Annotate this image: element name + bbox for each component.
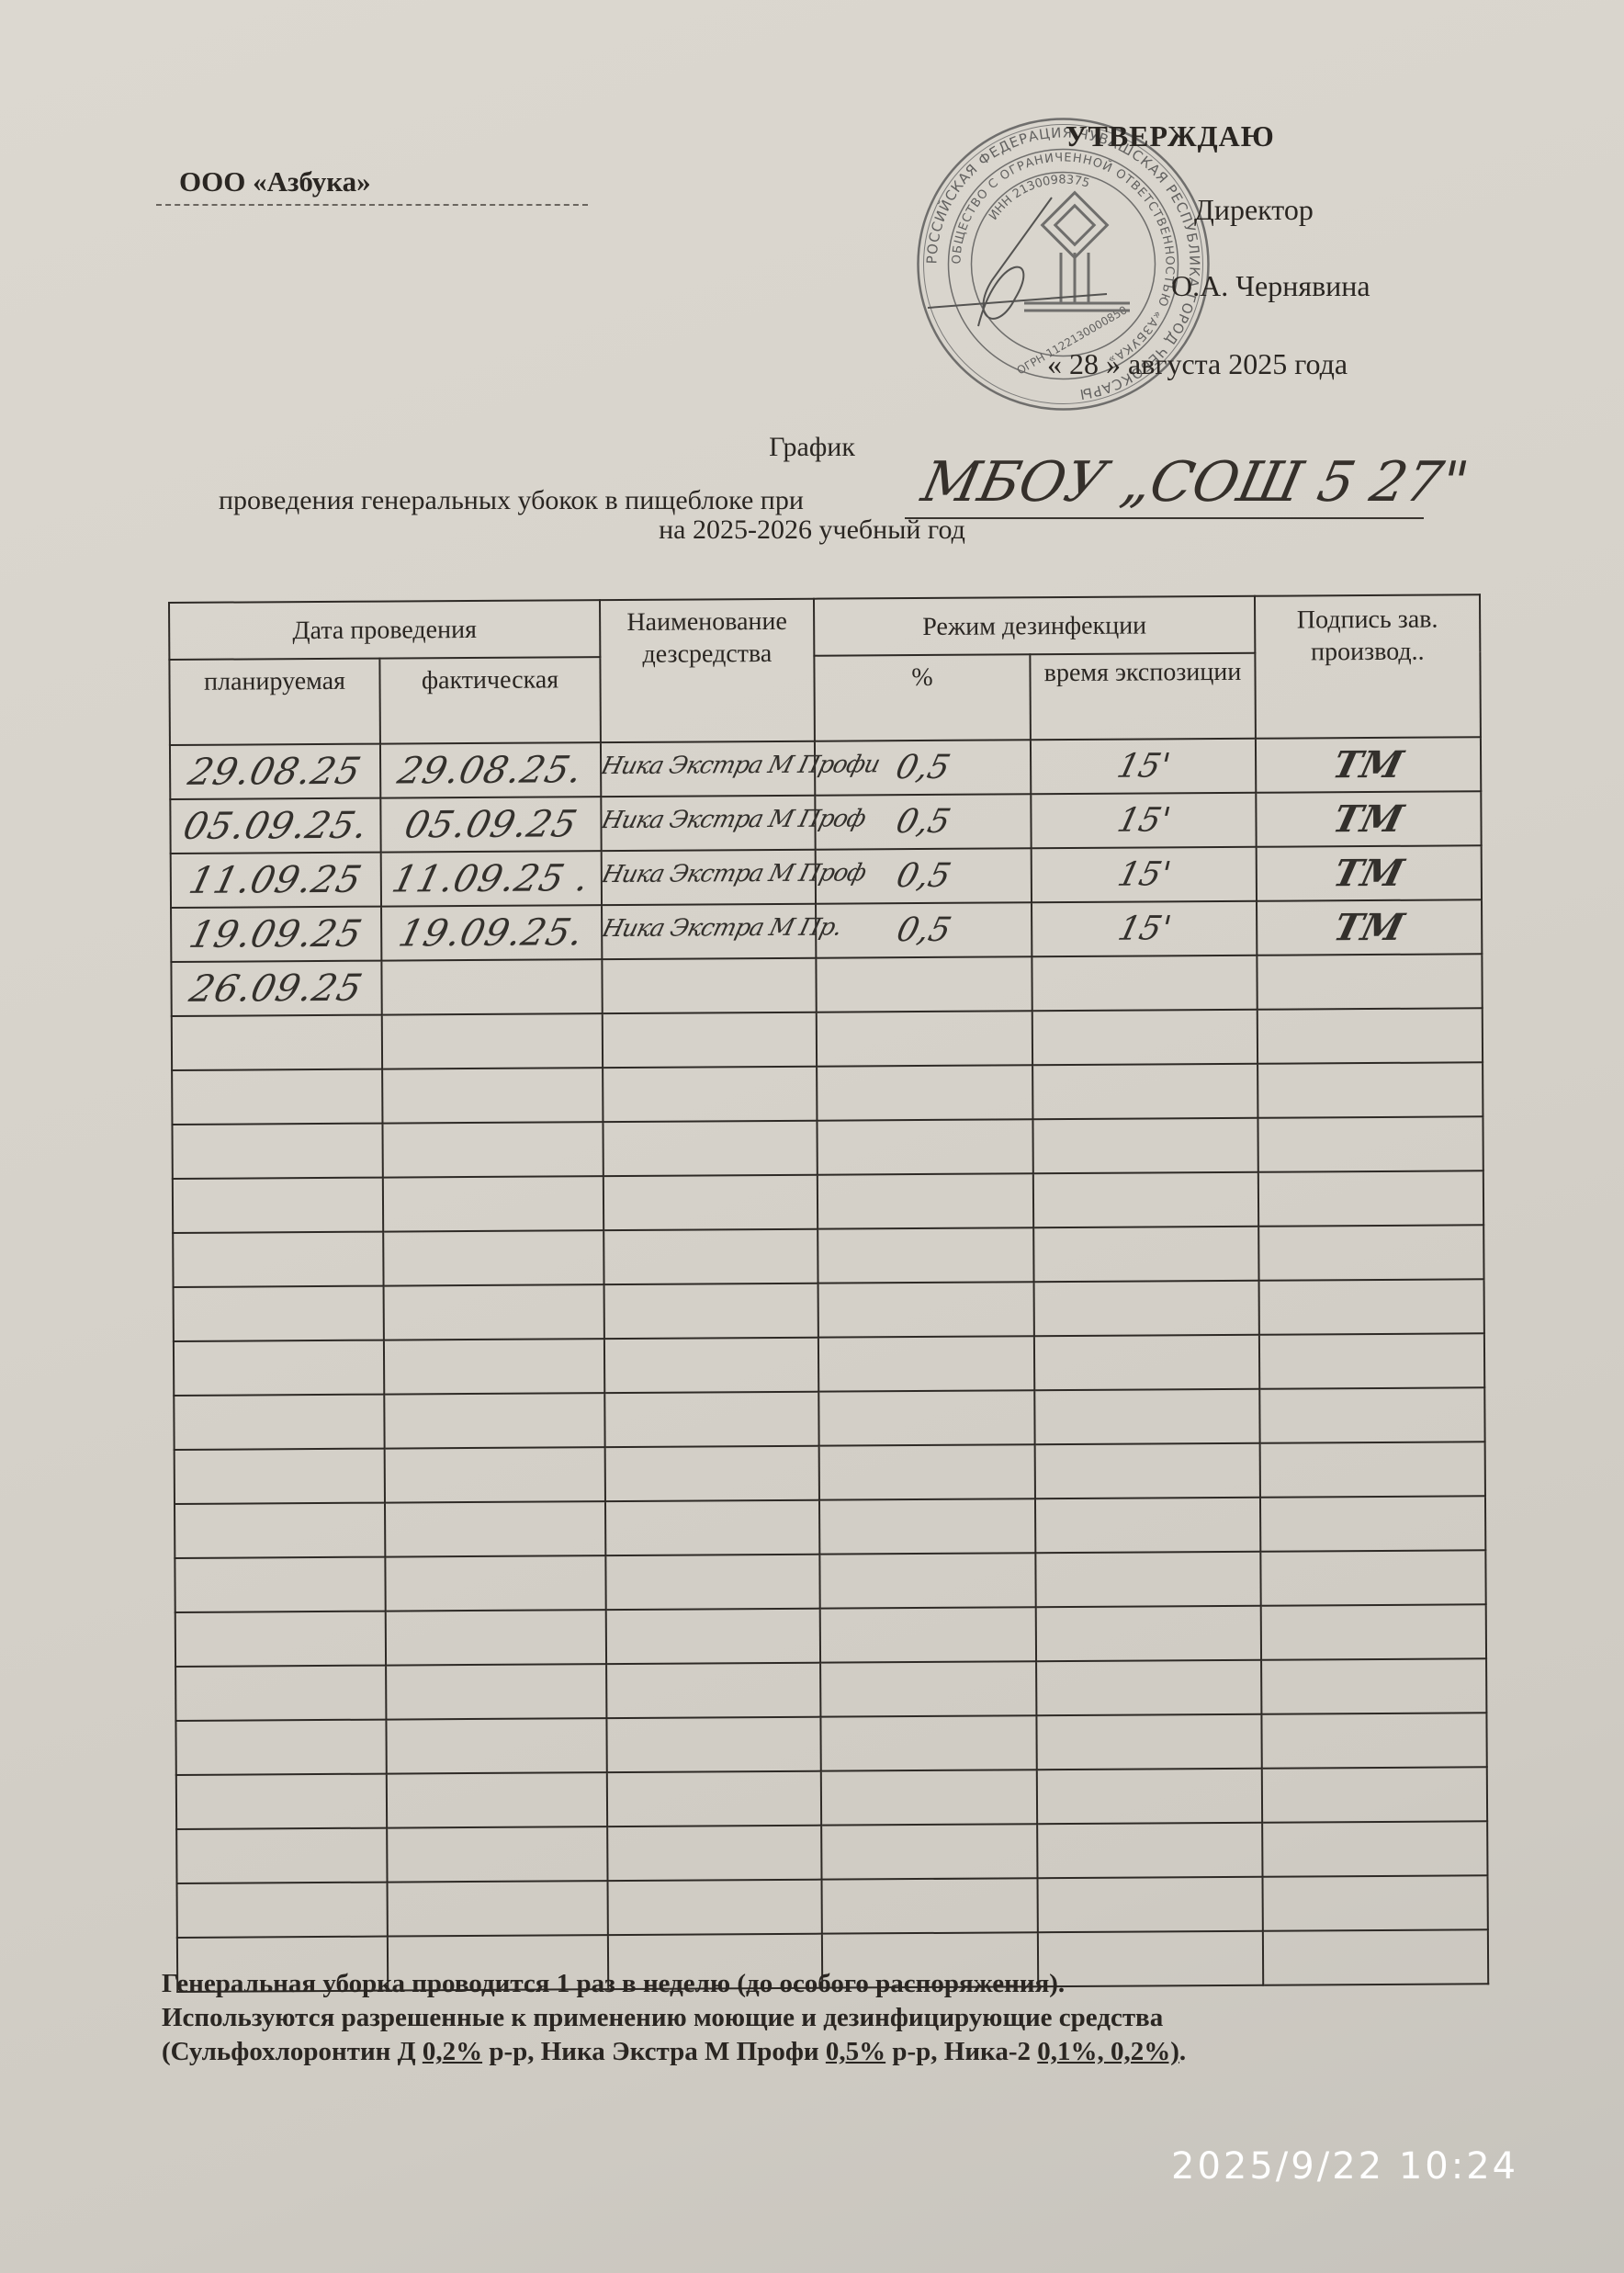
cell-exposure: [1036, 1606, 1261, 1661]
cell-agent: [607, 1771, 821, 1826]
cell-planned: [176, 1828, 387, 1883]
table-row: 19.09.2519.09.25.Ника Экстра М Пр.0,515'…: [171, 899, 1482, 962]
cell-planned: [172, 1124, 382, 1179]
table-row: [176, 1767, 1487, 1829]
cell-agent: [604, 1338, 818, 1393]
table-row: [172, 1008, 1483, 1070]
cell-exposure: [1035, 1498, 1260, 1553]
cell-signature: ТМ: [1257, 845, 1482, 900]
table-row: 26.09.25: [171, 954, 1482, 1016]
cell-percent: [816, 956, 1032, 1012]
cell-agent: [603, 1012, 817, 1068]
cell-signature: [1263, 1875, 1488, 1930]
cell-agent: [604, 1284, 818, 1339]
cell-percent: [818, 1173, 1033, 1228]
table-row: [172, 1062, 1483, 1125]
concentration-value: 0,2%: [423, 2037, 482, 2066]
cell-exposure: [1034, 1335, 1259, 1390]
cell-actual: [386, 1610, 606, 1665]
table-row: [174, 1333, 1484, 1396]
table-row: [174, 1387, 1484, 1450]
table-row: [175, 1658, 1486, 1721]
cell-percent: [817, 1065, 1032, 1120]
percent-value: 0,5: [893, 857, 954, 895]
cell-signature: [1258, 1170, 1483, 1226]
cell-agent: [606, 1609, 820, 1664]
cell-percent: [817, 1011, 1032, 1066]
cell-signature: [1262, 1821, 1487, 1876]
cell-agent: [603, 1175, 818, 1230]
cell-agent: Ника Экстра М Проф: [602, 850, 816, 905]
organization-underline: [156, 204, 588, 206]
cell-agent: [606, 1663, 820, 1718]
cell-exposure: 15': [1032, 901, 1257, 956]
actual-value: 29.08.25.: [394, 749, 588, 792]
director-name: О.А. Чернявина: [1171, 269, 1370, 303]
cell-signature: [1261, 1713, 1486, 1768]
cell-signature: [1257, 1008, 1483, 1063]
table-row: [175, 1604, 1486, 1667]
signature-value: ТМ: [1330, 906, 1408, 950]
cell-signature: ТМ: [1256, 791, 1481, 846]
cell-signature: [1259, 1387, 1484, 1442]
planned-value: 11.09.25: [186, 858, 367, 901]
agent-value: Ника Экстра М Проф: [599, 805, 868, 834]
cell-agent: [606, 1717, 820, 1772]
header-planned: планируемая: [169, 659, 380, 745]
cell-actual: [381, 959, 602, 1014]
cell-percent: [817, 1119, 1032, 1174]
note-agents-intro: Используются разрешенные к применению мо…: [162, 2003, 1163, 2033]
cell-percent: [820, 1661, 1036, 1716]
cell-actual: 05.09.25: [380, 797, 601, 852]
cell-percent: [821, 1824, 1037, 1879]
cell-planned: 29.08.25: [170, 744, 380, 799]
cell-percent: [821, 1770, 1037, 1825]
percent-value: 0,5: [892, 749, 953, 786]
cell-planned: [173, 1178, 383, 1233]
header-percent: %: [814, 654, 1031, 741]
signature-value: ТМ: [1329, 743, 1407, 787]
cell-planned: [174, 1395, 384, 1450]
cell-agent: [607, 1826, 821, 1881]
approval-date: « 28 » августа 2025 года: [1047, 347, 1348, 381]
cell-agent: Ника Экстра М Профи: [601, 741, 815, 797]
cell-actual: [385, 1555, 605, 1611]
cell-planned: 26.09.25: [171, 961, 381, 1016]
cell-actual: [385, 1501, 605, 1556]
cell-percent: [818, 1390, 1034, 1445]
table-row: [175, 1713, 1486, 1775]
header-agent: Наименование дезсредства: [600, 599, 815, 742]
cell-actual: [386, 1718, 606, 1773]
institution-handwritten: МБОУ „СОШ 5 27": [917, 450, 1474, 515]
cell-planned: [175, 1611, 386, 1667]
cell-exposure: [1032, 1064, 1257, 1119]
cell-planned: [175, 1720, 386, 1775]
approval-label: УТВЕРЖДАЮ: [1066, 119, 1275, 153]
cell-planned: [175, 1557, 385, 1612]
agent-value: Ника Экстра М Пр.: [600, 913, 845, 943]
planned-value: 29.08.25: [185, 750, 366, 793]
cell-signature: [1259, 1333, 1484, 1388]
note-agents-list: (Сульфохлоронтин Д 0,2% р-р, Ника Экстра…: [162, 2037, 1186, 2067]
cell-exposure: [1033, 1172, 1258, 1227]
cell-actual: 11.09.25 .: [381, 851, 602, 906]
exposure-value: 15': [1113, 855, 1174, 893]
cell-exposure: [1034, 1281, 1259, 1336]
cell-actual: [384, 1393, 604, 1448]
table-row: [175, 1550, 1485, 1612]
cell-actual: [384, 1284, 604, 1340]
cell-exposure: [1038, 1931, 1263, 1986]
cell-signature: ТМ: [1256, 737, 1481, 792]
cell-exposure: [1035, 1552, 1260, 1607]
cell-percent: [818, 1282, 1034, 1337]
cell-signature: [1262, 1767, 1487, 1822]
actual-value: 11.09.25 .: [388, 857, 594, 900]
cell-signature: [1261, 1658, 1486, 1713]
cell-exposure: [1037, 1823, 1262, 1878]
planned-value: 05.09.25.: [178, 804, 372, 847]
organization-name: ООО «Азбука»: [179, 165, 371, 198]
cell-signature: [1258, 1225, 1483, 1280]
cell-exposure: [1032, 956, 1257, 1011]
cell-agent: [603, 1229, 818, 1284]
cell-actual: [388, 1881, 608, 1936]
percent-value: 0,5: [893, 911, 954, 949]
table-row: [172, 1116, 1483, 1179]
table-row: [175, 1496, 1485, 1558]
academic-year: на 2025-2026 учебный год: [0, 515, 1624, 546]
table-row: [173, 1225, 1483, 1287]
director-position: Директор: [1194, 193, 1314, 227]
cell-exposure: [1036, 1660, 1261, 1715]
cell-agent: Ника Экстра М Проф: [601, 796, 815, 851]
cell-planned: 11.09.25: [171, 853, 381, 908]
cell-actual: [382, 1068, 603, 1123]
cell-exposure: [1035, 1443, 1260, 1498]
cell-exposure: [1037, 1769, 1262, 1824]
table-row: [173, 1170, 1483, 1233]
table-row: [174, 1279, 1484, 1341]
cell-planned: [174, 1340, 384, 1396]
note-frequency: Генеральная уборка проводится 1 раз в не…: [162, 1969, 1065, 1999]
cell-percent: [820, 1715, 1036, 1770]
cell-signature: [1260, 1442, 1485, 1497]
cell-percent: [819, 1444, 1035, 1499]
header-signature: Подпись зав. производ..: [1255, 594, 1481, 738]
cell-signature: [1257, 1062, 1483, 1117]
note-text: (Сульфохлоронтин Д: [162, 2037, 423, 2066]
cell-signature: [1257, 1116, 1483, 1171]
signature-value: ТМ: [1329, 797, 1407, 842]
table-row: 29.08.2529.08.25.Ника Экстра М Профи0,51…: [170, 737, 1481, 799]
exposure-value: 15': [1113, 801, 1174, 839]
header-mode-group: Режим дезинфекции: [814, 596, 1255, 656]
cell-planned: [175, 1666, 386, 1721]
cell-exposure: [1036, 1714, 1261, 1770]
planned-value: 19.09.25: [186, 912, 367, 956]
cell-actual: [382, 1122, 603, 1177]
cell-planned: [177, 1883, 388, 1938]
cell-signature: ТМ: [1257, 899, 1482, 955]
cell-exposure: [1038, 1877, 1263, 1932]
cell-agent: [605, 1446, 819, 1501]
cell-signature: [1261, 1604, 1486, 1659]
cell-planned: [175, 1449, 385, 1504]
table-row: [176, 1821, 1487, 1883]
cell-exposure: 15': [1031, 793, 1256, 848]
cell-exposure: 15': [1031, 739, 1256, 794]
cell-percent: 0,5: [816, 902, 1032, 957]
cell-planned: 05.09.25.: [170, 798, 380, 854]
actual-value: 19.09.25.: [395, 911, 589, 955]
cell-actual: [386, 1664, 606, 1719]
cell-actual: [382, 1013, 603, 1069]
cell-percent: [818, 1227, 1033, 1283]
cell-planned: [176, 1774, 387, 1829]
cell-actual: [383, 1176, 603, 1231]
cell-actual: [383, 1230, 603, 1285]
concentration-value: 0,1%, 0,2%): [1037, 2037, 1179, 2066]
planned-value: 26.09.25: [186, 967, 367, 1010]
table-row: [175, 1442, 1485, 1504]
cell-agent: [608, 1880, 822, 1935]
cell-signature: [1260, 1496, 1485, 1551]
photo-timestamp: 2025/9/22 10:24: [1171, 2145, 1518, 2188]
cleaning-schedule-table: Дата проведения Наименование дезсредства…: [168, 594, 1489, 1993]
cell-planned: [172, 1015, 382, 1070]
agent-value: Ника Экстра М Проф: [599, 859, 868, 888]
cell-percent: [819, 1553, 1035, 1608]
exposure-value: 15': [1113, 747, 1174, 785]
cell-actual: [387, 1826, 607, 1882]
cell-agent: [604, 1392, 818, 1447]
cell-signature: [1257, 954, 1482, 1009]
cell-actual: [385, 1447, 605, 1502]
cell-agent: [603, 1121, 817, 1176]
exposure-value: 15': [1114, 910, 1175, 947]
concentration-value: 0,5%: [826, 2037, 885, 2066]
cell-actual: 19.09.25.: [381, 905, 602, 960]
cell-exposure: [1032, 1118, 1257, 1173]
cell-percent: [822, 1878, 1038, 1933]
cell-signature: [1260, 1550, 1485, 1605]
cell-agent: [605, 1555, 819, 1610]
cell-agent: [602, 958, 816, 1013]
cell-signature: [1263, 1929, 1488, 1985]
cell-agent: [603, 1067, 817, 1122]
cell-exposure: 15': [1032, 847, 1257, 902]
cell-planned: [174, 1286, 384, 1341]
percent-value: 0,5: [892, 803, 953, 841]
cell-exposure: [1032, 1010, 1257, 1065]
signature-value: ТМ: [1330, 852, 1408, 896]
cell-percent: [820, 1607, 1036, 1662]
cell-actual: 29.08.25.: [380, 742, 601, 797]
cell-actual: [384, 1339, 604, 1394]
cell-percent: [818, 1336, 1034, 1391]
cell-planned: [172, 1069, 382, 1125]
cell-planned: [175, 1503, 385, 1558]
cell-exposure: [1034, 1389, 1259, 1444]
cell-planned: [173, 1232, 383, 1287]
cell-actual: [387, 1772, 607, 1827]
table-row: 05.09.25.05.09.25Ника Экстра М Проф0,515…: [170, 791, 1481, 854]
header-exposure: время экспозиции: [1030, 653, 1256, 740]
table-row: 11.09.2511.09.25 .Ника Экстра М Проф0,51…: [171, 845, 1482, 908]
cell-agent: [605, 1500, 819, 1555]
cell-percent: [819, 1498, 1035, 1554]
agent-value: Ника Экстра М Профи: [598, 751, 882, 780]
cell-agent: Ника Экстра М Пр.: [602, 904, 816, 959]
header-actual: фактическая: [379, 657, 601, 743]
table-row: [177, 1875, 1488, 1938]
note-text: р-р, Ника-2: [885, 2037, 1037, 2066]
note-text: р-р, Ника Экстра М Профи: [482, 2037, 826, 2066]
document-subtitle: проведения генеральных убокок в пищеблок…: [219, 485, 804, 516]
header-date-group: Дата проведения: [169, 600, 600, 660]
cell-exposure: [1033, 1227, 1258, 1282]
cell-signature: [1259, 1279, 1484, 1334]
note-text: .: [1179, 2037, 1186, 2066]
actual-value: 05.09.25: [400, 803, 581, 846]
cell-planned: 19.09.25: [171, 907, 381, 962]
